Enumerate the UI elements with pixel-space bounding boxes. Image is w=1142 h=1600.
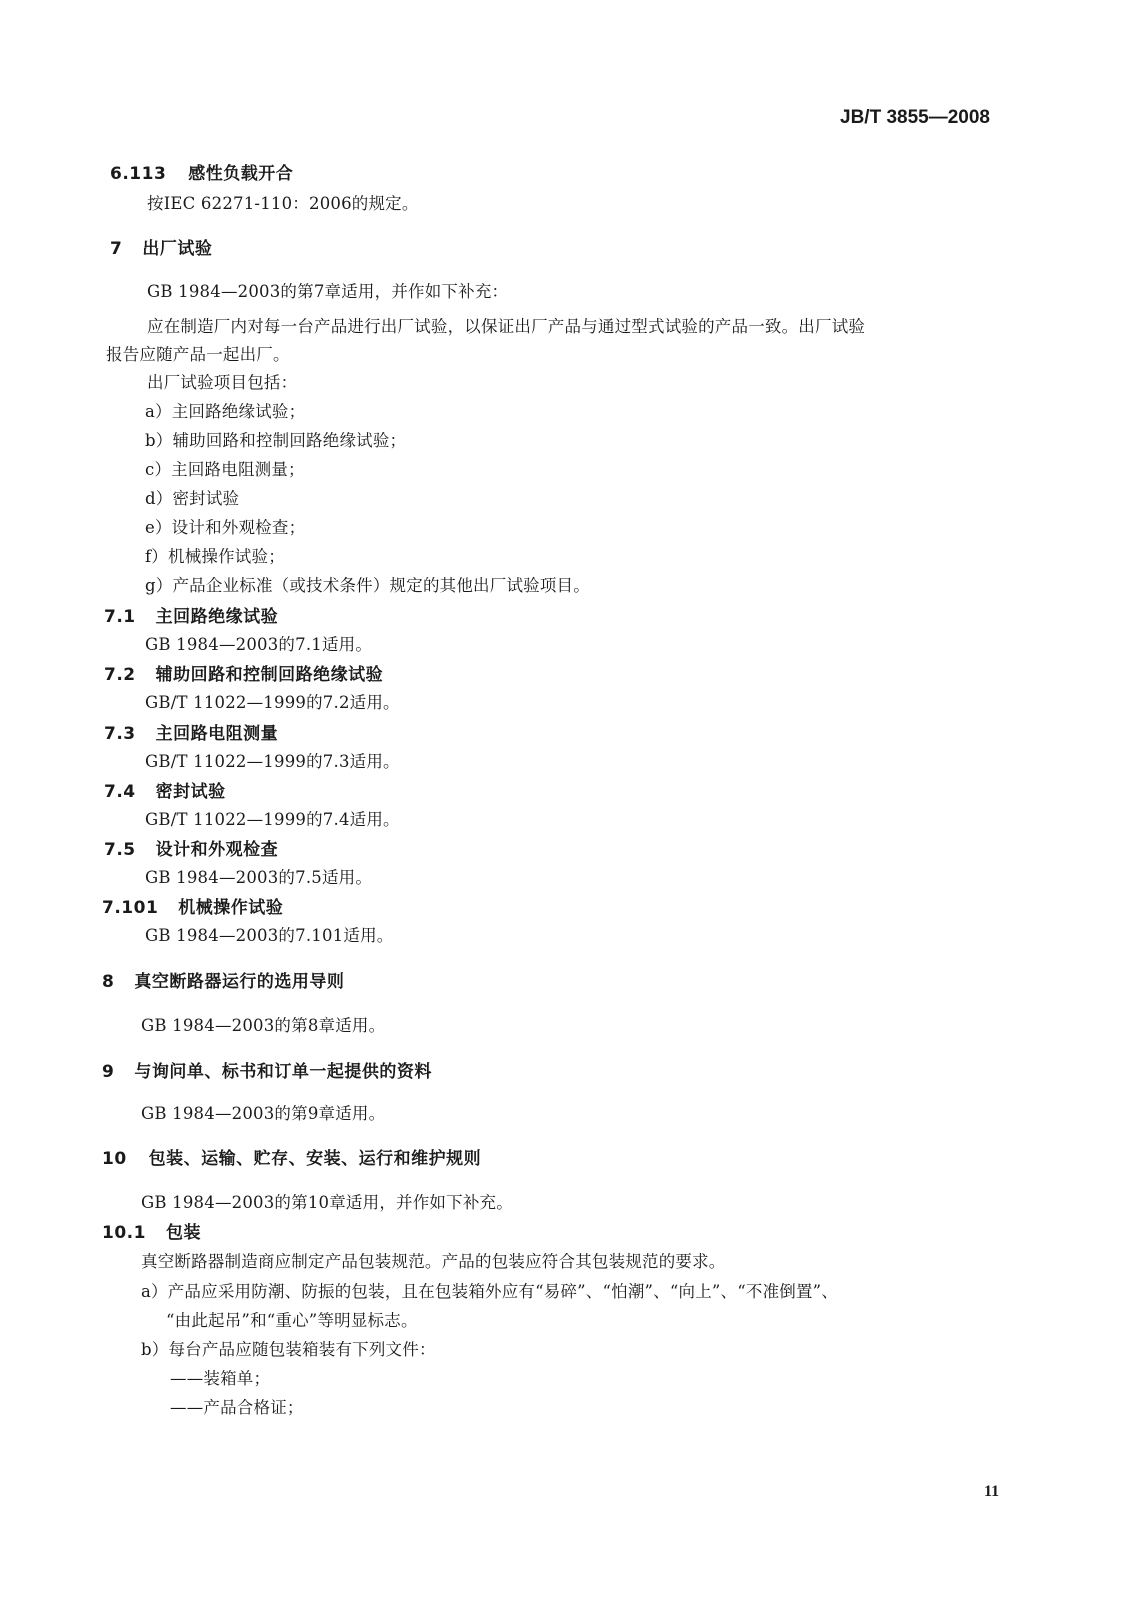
heading-number: 10: [102, 1149, 127, 1169]
heading-7-3: 7.3主回路电阻测量: [104, 719, 278, 744]
heading-number: 7.5: [104, 840, 136, 860]
heading-title: 密封试验: [156, 782, 226, 802]
heading-title: 主回路绝缘试验: [156, 607, 279, 627]
list-item: f）机械操作试验；: [145, 543, 285, 567]
paragraph: GB 1984—2003的7.1适用。: [145, 631, 372, 655]
heading-title: 主回路电阻测量: [156, 724, 279, 744]
list-item: b）每台产品应随包装箱装有下列文件：: [141, 1336, 436, 1360]
list-item: c）主回路电阻测量；: [145, 456, 305, 480]
heading-6-113: 6.113感性负载开合: [110, 159, 293, 184]
heading-7-4: 7.4密封试验: [104, 777, 226, 802]
paragraph: 出厂试验项目包括：: [147, 369, 297, 393]
heading-number: 7: [110, 239, 122, 259]
heading-number: 7.1: [104, 607, 136, 627]
dash-item: ——装箱单；: [170, 1365, 270, 1389]
paragraph: GB 1984—2003的第8章适用。: [141, 1012, 385, 1036]
list-item: a）主回路绝缘试验；: [145, 398, 305, 422]
heading-title: 机械操作试验: [178, 898, 283, 918]
heading-title: 设计和外观检查: [156, 840, 279, 860]
heading-number: 9: [102, 1062, 114, 1082]
heading-number: 7.101: [102, 898, 158, 918]
heading-title: 包装: [166, 1223, 201, 1243]
list-item: “由此起吊”和“重心”等明显标志。: [166, 1307, 418, 1331]
heading-9: 9与询问单、标书和订单一起提供的资料: [102, 1057, 432, 1082]
heading-title: 辅助回路和控制回路绝缘试验: [156, 665, 384, 685]
heading-title: 出厂试验: [142, 239, 212, 259]
page-number: 11: [984, 1483, 999, 1501]
list-item: e）设计和外观检查；: [145, 514, 305, 538]
paragraph: 报告应随产品一起出厂。: [106, 341, 290, 365]
paragraph: GB 1984—2003的第10章适用，并作如下补充。: [141, 1189, 513, 1213]
heading-10-1: 10.1包装: [102, 1218, 201, 1243]
heading-7-1: 7.1主回路绝缘试验: [104, 602, 278, 627]
heading-number: 7.3: [104, 724, 136, 744]
paragraph: 应在制造厂内对每一台产品进行出厂试验，以保证出厂产品与通过型式试验的产品一致。出…: [147, 313, 865, 337]
heading-number: 10.1: [102, 1223, 146, 1243]
heading-title: 与询问单、标书和订单一起提供的资料: [134, 1062, 432, 1082]
heading-7: 7出厂试验: [110, 234, 212, 259]
list-item: b）辅助回路和控制回路绝缘试验；: [145, 427, 406, 451]
paragraph: GB/T 11022—1999的7.3适用。: [145, 748, 400, 772]
heading-7-2: 7.2辅助回路和控制回路绝缘试验: [104, 660, 383, 685]
heading-number: 7.2: [104, 665, 136, 685]
list-item: d）密封试验: [145, 485, 239, 509]
heading-8: 8真空断路器运行的选用导则: [102, 967, 344, 992]
heading-number: 6.113: [110, 164, 166, 184]
paragraph: GB/T 11022—1999的7.4适用。: [145, 806, 400, 830]
paragraph: GB 1984—2003的第7章适用，并作如下补充：: [147, 278, 508, 302]
paragraph: 真空断路器制造商应制定产品包装规范。产品的包装应符合其包装规范的要求。: [141, 1248, 726, 1272]
heading-10: 10包装、运输、贮存、安装、运行和维护规则: [102, 1144, 481, 1169]
paragraph: GB 1984—2003的7.101适用。: [145, 922, 393, 946]
heading-title: 真空断路器运行的选用导则: [134, 972, 344, 992]
paragraph: GB 1984—2003的第9章适用。: [141, 1100, 385, 1124]
paragraph: GB 1984—2003的7.5适用。: [145, 864, 372, 888]
paragraph: GB/T 11022—1999的7.2适用。: [145, 689, 400, 713]
list-item: g）产品企业标准（或技术条件）规定的其他出厂试验项目。: [145, 572, 590, 596]
paragraph: 按IEC 62271-110：2006的规定。: [147, 190, 419, 214]
list-item: a）产品应采用防潮、防振的包装，且在包装箱外应有“易碎”、“怕潮”、“向上”、“…: [141, 1278, 838, 1302]
heading-title: 包装、运输、贮存、安装、运行和维护规则: [149, 1149, 482, 1169]
heading-title: 感性负载开合: [188, 164, 293, 184]
heading-7-5: 7.5设计和外观检查: [104, 835, 278, 860]
dash-item: ——产品合格证；: [170, 1394, 304, 1418]
heading-number: 7.4: [104, 782, 136, 802]
heading-number: 8: [102, 972, 114, 992]
heading-7-101: 7.101机械操作试验: [102, 893, 283, 918]
standard-id: JB/T 3855—2008: [840, 107, 990, 129]
